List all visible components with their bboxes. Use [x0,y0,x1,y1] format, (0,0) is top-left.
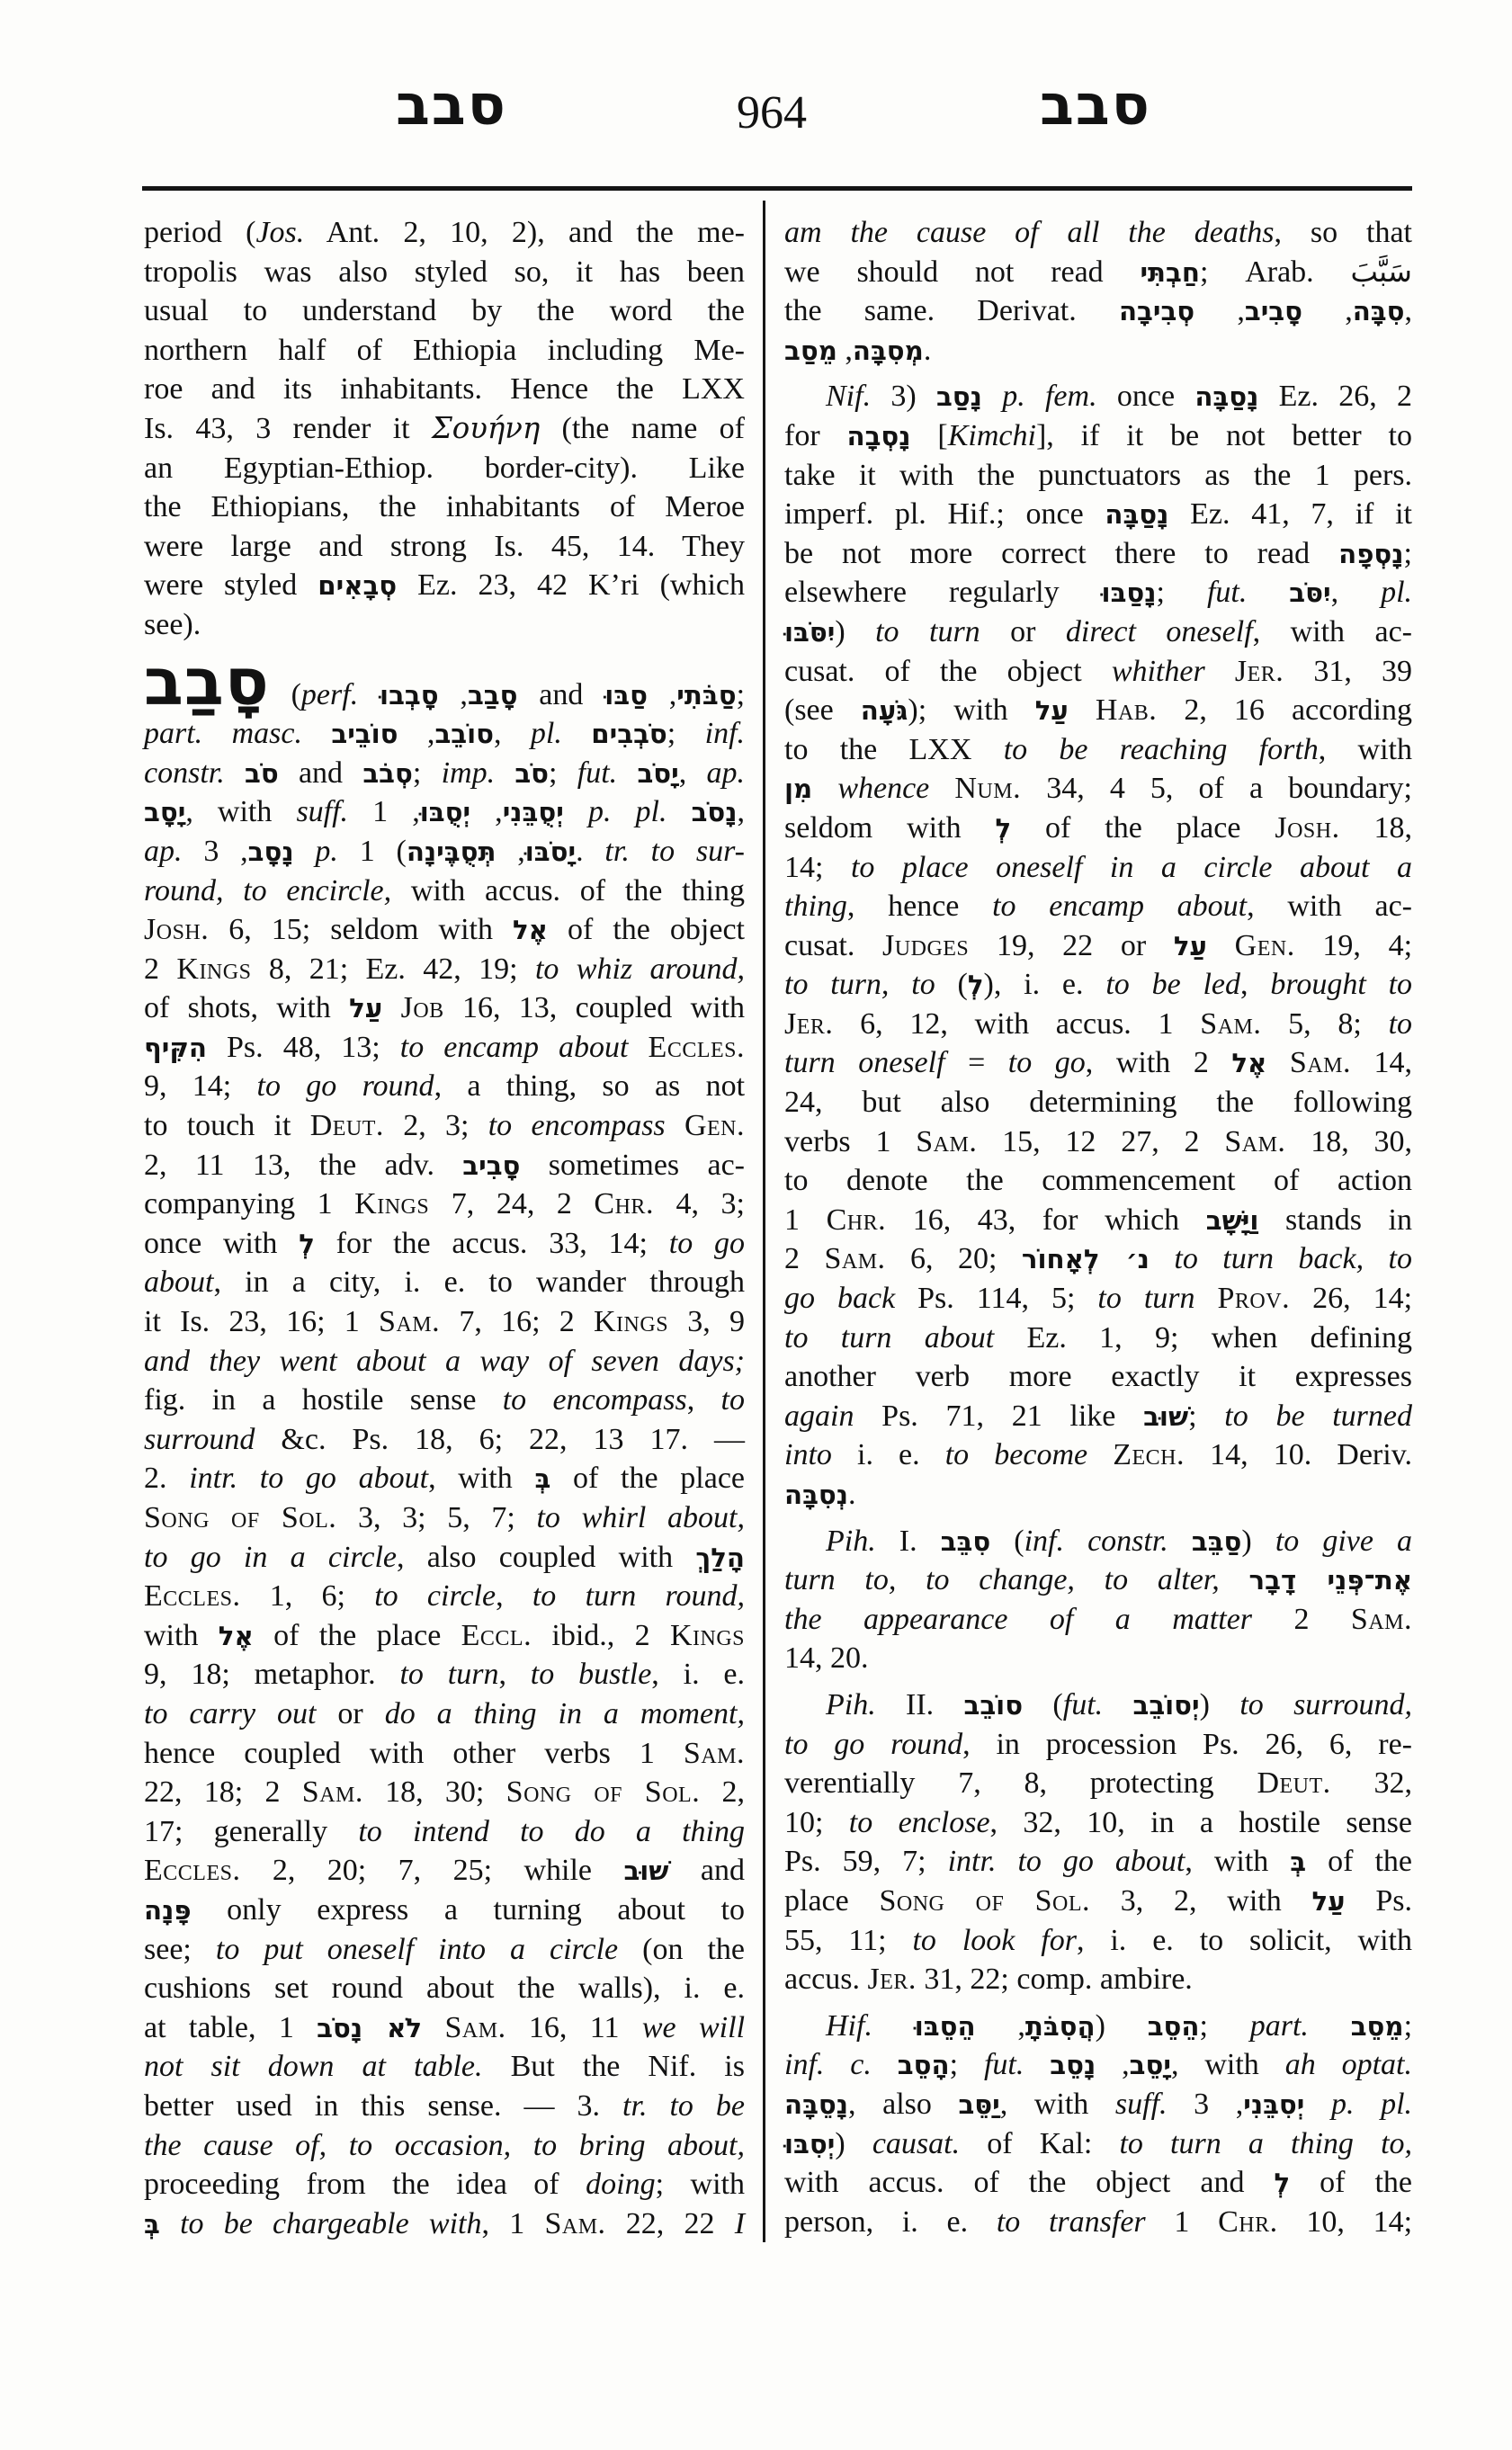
reference-abbreviation: Eccles. [144,1854,240,1887]
hebrew-word: נ׳ לְאָחוֹר [1022,1244,1150,1274]
hebrew-word: אֶל [1231,1048,1266,1078]
hebrew-word: עַל [1174,931,1207,961]
italic-text-run: Pih. [826,1525,876,1558]
italic-text-run: to circle [374,1579,496,1613]
hebrew-word: יְסוֹבֵב [1132,1690,1199,1721]
text-run: ; [1188,1399,1224,1433]
text-run: only express a turning about to [192,1893,745,1927]
italic-text-run: to turn, to [784,968,935,1001]
text-line: hence coupled with other verbs 1 Sam. [144,1734,745,1774]
text-line: 2 Kings 8, 21; Ez. 42, 19; to whiz aroun… [144,950,745,989]
text-run [382,991,400,1024]
text-run: , in procession Ps. 26, 6, re- [962,1728,1412,1761]
page-number: 964 [691,90,853,137]
text-run: of shots, with [144,991,349,1024]
text-run: for the accus. 33, 14; [315,1227,669,1260]
text-run: , with [1000,2088,1115,2121]
text-run: , hence [847,890,992,923]
hebrew-word: סָבַב [468,680,518,711]
text-run: Ps. [1346,1884,1412,1918]
text-line: 55, 11; to look for, i. e. to solicit, w… [784,1921,1412,1961]
text-run: , also [848,2088,958,2121]
text-run [1087,1438,1113,1471]
italic-text-run: to turn round, [532,1579,745,1613]
reference-abbreviation: Sam. [444,2011,505,2044]
text-run: , with [185,795,296,828]
italic-text-run: constr. [144,756,225,790]
text-run [1168,2088,1194,2121]
reference-abbreviation: Kings [176,952,251,986]
italic-text-run: causat. [872,2127,960,2160]
text-run: imperf. pl. Hif.; once [784,497,1105,531]
text-run: ibid., 2 [532,1619,670,1652]
text-line: נְסִבָּה. [784,1475,1412,1515]
italic-text-run: to be reaching forth [1004,733,1319,766]
text-line: to carry out or do a thing in a moment, [144,1694,745,1734]
hebrew-word: יִסֹּבּוּ [784,617,835,648]
text-run: , [439,678,468,711]
text-line: Nif. נָסַב (3 p. fem. once נָסַבָּה Ez. … [784,377,1412,416]
text-run: 6, 12, with accus. 1 [833,1007,1200,1041]
italic-text-run: to transfer [997,2205,1146,2239]
hebrew-word: נָסַבָּה [1194,381,1258,412]
text-run: accus. [784,1963,868,1996]
hebrew-word: עַל [1035,695,1069,726]
text-line: tropolis was also styled so, it has been [144,253,745,292]
reference-abbreviation: Eccles. [144,1579,240,1613]
text-run: , [1405,294,1413,327]
text-line: accus. Jer. 31, 22; comp. ambire. [784,1960,1412,1999]
text-run: of the [1306,1845,1412,1878]
text-run: , [496,835,524,868]
text-run: sometimes ac- [520,1149,745,1182]
hebrew-word: תְּסֻבֶּינָה [407,836,497,867]
text-line: פָּנָה only express a turning about to [144,1891,745,1930]
italic-text-run: to turn [399,1658,498,1691]
text-run: 22, 18; 2 [144,1775,302,1809]
text-run: 2, 16 according [1157,693,1412,727]
italic-text-run: to place oneself in a circle about a [851,851,1412,884]
hebrew-word: סָבִיב [1245,296,1302,326]
text-run: elsewhere regularly [784,576,1102,609]
text-run: to touch it [144,1109,310,1142]
italic-text-run: to put oneself into a circle [216,1933,618,1966]
text-line: cushions set round about the walls), i. … [144,1969,745,2008]
reference-abbreviation: Sam. [544,2207,605,2240]
hebrew-word: יָסֹב [637,758,678,789]
text-line: 9, 18; metaphor. to turn, to bustle, i. … [144,1655,745,1694]
hebrew-word: מֵסֵב [1351,2011,1404,2042]
text-run: , [1240,968,1270,1001]
italic-text-run: Hif. [826,2009,872,2043]
reference-abbreviation: Song of Sol. [879,1884,1090,1918]
hebrew-word: סוֹבֵב [434,719,494,749]
text-line: were styled סְבָאִים Ez. 23, 42 K’ri (wh… [144,566,745,605]
text-run: 9, 18; metaphor. [144,1658,399,1691]
hebrew-word: לְ [995,813,1011,844]
hebrew-word: מִן [784,773,812,804]
text-run: Ez. 23, 42 K’ri (which [397,568,745,602]
italic-text-run: to bustle [531,1658,652,1691]
text-run: 55, 11; [784,1924,912,1957]
italic-text-run: again [784,1399,854,1433]
hebrew-word: חַבְתִּי [1140,257,1200,288]
text-line: מִן whence Num. 34, 4 5, of a boundary; [784,769,1412,809]
paragraph-subentry: Hif. הֵסֵב (הֲסִבֹּתָ, הֵסֵבּוּ; part. מ… [784,2007,1412,2242]
italic-text-run: to be led [1105,968,1240,1001]
italic-text-run: fut. [1207,576,1247,609]
text-run: ) [835,615,875,648]
text-line: am the cause of all the deaths, so that [784,213,1412,253]
reference-abbreviation: Eccl. [461,1619,532,1652]
text-run: of the place [254,1619,461,1652]
reference-abbreviation: Num. [954,772,1021,805]
text-run: (on the [618,1933,745,1966]
text-run: ; [549,756,577,790]
italic-text-run: ap. [707,756,746,790]
text-run: , with [1086,1046,1194,1079]
italic-text-run: not sit down at table. [144,2050,483,2083]
text-run [562,717,591,750]
text-run: ); with [908,693,1034,727]
hebrew-word: פָּנָה [144,1895,192,1926]
text-run [338,835,360,868]
text-line: another verb more exactly it expresses [784,1357,1412,1397]
hebrew-word: הֲסִבֹּתָ [1025,2011,1096,2042]
reference-abbreviation: Song of Sol. [506,1775,701,1809]
text-run: place [784,1884,879,1918]
paragraph-subentry: Pih. II. סוֹבֵב (fut. יְסוֹבֵב) to surro… [784,1685,1412,1999]
hebrew-word: סוֹבֵב [964,1690,1024,1721]
text-run: companying 1 [144,1187,354,1221]
text-run: with accus. of the object and [784,2166,1274,2199]
italic-text-run: to turn about [784,1321,994,1355]
italic-text-run: to turn [875,615,980,648]
text-run [1024,2048,1050,2081]
italic-text-run: Pih. [826,1688,876,1721]
italic-text-run: I [735,2207,745,2240]
hebrew-word: הִקִּיף [144,1033,207,1063]
text-run: ( [270,678,301,711]
text-run: , so that [1275,216,1413,249]
text-run: , [679,756,707,790]
italic-text-run: inf. c. [784,2048,872,2081]
text-run [348,795,372,828]
text-run: Ez. 1, 9; when defining [994,1321,1412,1355]
hebrew-word: נָסֵב [1050,2050,1096,2080]
hebrew-word: נְסִבָּה [784,1480,848,1510]
hebrew-word: סַבֹּתִי [676,680,736,711]
text-line: 1 Chr. 16, 43, for which וַיָּשָׁב stand… [784,1201,1412,1240]
text-run: 1, 6; [240,1579,374,1613]
italic-text-run: whence [837,772,929,805]
text-line: usual to understand by the word the [144,291,745,331]
text-run: 32, [1331,1766,1412,1800]
paragraph-continuation: period (Jos. Ant. 2, 10, 2), and the me-… [144,213,745,645]
text-line: Eccles. 1, 6; to circle, to turn round, [144,1577,745,1616]
text-line: סָבַב (perf. סָבַב, סָבְבוּ and סַבֹּתִי… [144,675,745,715]
italic-text-run: to be chargeable with [180,2207,481,2240]
text-run: were styled [144,568,318,602]
text-line: we should not read חַבְתִּי; Arab. سَبَّ… [784,253,1412,292]
text-run [666,1109,684,1142]
paragraph-continuation: am the cause of all the deaths, so thatw… [784,213,1412,370]
text-run: ; [667,717,705,750]
text-run [1309,2009,1351,2043]
text-line: to turn, to (לְ), i. e. to be led, broug… [784,965,1412,1005]
text-line: better used in this sense. — 3. tr. to b… [144,2087,745,2126]
text-run [1103,1688,1132,1721]
text-run: 34, 4 5, of a boundary; [1021,772,1412,805]
hebrew-word: נָסֹב [692,797,738,827]
text-run [302,717,331,750]
text-run: Is. 43, 3 render it [144,412,432,445]
reference-abbreviation: Sam. [302,1775,363,1809]
italic-text-run: fut. [577,756,617,790]
text-run [871,380,890,413]
italic-text-run: to whirl about, [536,1501,745,1534]
text-run: fig. in a hostile sense [144,1383,503,1417]
text-run [1069,693,1096,727]
hebrew-word: נָסֵבָּה [784,2089,848,2120]
text-run: 2 [144,952,176,986]
text-run: , [1096,2048,1129,2081]
text-run: Ez. 41, 7, if it [1168,497,1412,531]
hebrew-word: סַבּוּ [604,680,648,711]
text-run: the same. Derivat. [784,294,1119,327]
italic-text-run: brought to [1270,968,1412,1001]
reference-abbreviation: Chr. [594,1187,654,1221]
text-run [667,795,692,828]
italic-text-run: do a thing in a moment, [385,1697,745,1730]
text-run: 26, 14; [1290,1282,1412,1315]
text-run [617,756,637,790]
text-run: or [316,1697,384,1730]
text-run: 2, 11 13, the adv. [144,1149,462,1182]
text-run: 2 [784,1242,824,1275]
text-run: for [784,419,847,452]
text-run: at table, [144,2011,279,2044]
text-run: Ps. 71, 21 like [854,1399,1143,1433]
text-line: Jer. 6, 12, with accus. 1 Sam. 5, 8; to [784,1005,1412,1044]
text-line: see). [144,605,745,645]
text-line: 9, 14; to go round, a thing, so as not [144,1067,745,1106]
text-run [1168,1525,1192,1558]
text-run: , [498,1658,530,1691]
text-line: to the LXX to be reaching forth, with [784,730,1412,770]
paragraph-subentry: Nif. נָסַב (3 p. fem. once נָסַבָּה Ez. … [784,377,1412,1514]
hebrew-word: שׁוּב [1143,1401,1188,1432]
hebrew-word: סָבִיב [462,1150,520,1181]
text-run [1195,1282,1218,1315]
text-run: ; with [656,2168,745,2201]
hebrew-word: סְבֹב [362,758,413,789]
text-run: ; [950,2048,984,2081]
italic-text-run: turn oneself [784,1046,945,1079]
text-line: 24, but also determining the following [784,1083,1412,1122]
text-run: 2, 3; [384,1109,488,1142]
text-run: ; [737,678,745,711]
italic-text-run: perf. [301,678,358,711]
text-run: , i. e. [651,1658,745,1691]
text-run: of Kal: [960,2127,1119,2160]
text-line: turn to, to change, to alter, אֶת־פְּנֵי… [784,1560,1412,1600]
hebrew-word: סֹב [245,758,279,789]
text-run: 19, 4; [1295,929,1412,962]
text-run: ( [935,968,968,1001]
italic-text-run: to turn [1097,1282,1194,1315]
text-line: to go in a circle, also coupled with הָל… [144,1538,745,1578]
reference-abbreviation: Sam. [1200,1007,1261,1041]
text-line: for נָסְבָה [Kimchi], if it be not bette… [784,416,1412,456]
text-run: 4, 3; [654,1187,745,1221]
italic-text-run: intr. to go about [189,1462,428,1495]
text-run: , 32, 10, in a hostile sense [990,1806,1412,1839]
reference-abbreviation: Kings [594,1305,668,1338]
italic-text-run: to whiz around, [535,952,745,986]
text-run: cusat. of the object [784,655,1112,688]
text-line: constr. סֹב and סְבֹב; imp. סֹב; fut. יָ… [144,754,745,793]
text-run: were large and strong Is. 45, 14. They [144,530,745,563]
right-column: am the cause of all the deaths, so thatw… [784,213,1412,2241]
italic-text-run: the cause of, to occasion, to bring abou… [144,2129,745,2162]
hebrew-word: גֹּעָה [861,695,908,726]
text-run: to the LXX [784,733,1004,766]
text-run: tropolis was also styled so, it has been [144,255,745,289]
hebrew-word: לְ [968,970,984,1000]
text-line: 10; to enclose, 32, 10, in a hostile sen… [784,1803,1412,1843]
text-run: (see [784,693,861,727]
text-line: companying 1 Kings 7, 24, 2 Chr. 4, 3; [144,1185,745,1224]
text-run [872,2009,915,2043]
italic-text-run: to enclose [849,1806,990,1839]
hebrew-word: נָסַבָּה [1105,499,1168,530]
text-line: fig. in a hostile sense to encompass, to [144,1381,745,1420]
text-run: to denote the commencement of action [784,1164,1412,1197]
text-run [1207,929,1235,962]
italic-text-run: intr. to go about [948,1845,1185,1878]
text-run [183,835,204,868]
italic-text-run: to intend to do a thing [358,1815,745,1848]
text-run: be not more correct there to read [784,537,1338,570]
text-run: 18, 30; [363,1775,506,1809]
hebrew-word: עַל [349,993,382,1024]
paragraph-subentry: Pih. I. סִבֵּב (inf. constr. סַבֵּב) to … [784,1522,1412,1678]
italic-text-run: suff. [296,795,348,828]
hebrew-word: סִבֵּב [941,1526,991,1557]
reference-abbreviation: Sam. [1290,1046,1351,1079]
reference-abbreviation: Job [401,991,444,1024]
reference-abbreviation: Eccles. [649,1031,745,1064]
italic-text-run: p. [315,835,338,868]
hebrew-word: הָסֵב [898,2050,950,2080]
scanned-lexicon-page: סבב 964 סבב period (Jos. Ant. 2, 10, 2),… [0,0,1512,2450]
text-run: 31, 39 [1284,655,1412,688]
text-run: roe and its inhabitants. Hence the LXX [144,372,745,406]
text-run: = [945,1046,1008,1079]
italic-text-run: round, to encircle, [144,874,391,908]
text-run: . [924,334,932,367]
text-run: ( [990,1525,1024,1558]
reference-abbreviation: Deut. [1257,1766,1330,1800]
hebrew-word: סַבֵּב [1192,1526,1242,1557]
hebrew-word: מֵסַב [784,335,837,366]
text-run: 18, [1340,811,1412,845]
text-line: see; to put oneself into a circle (on th… [144,1930,745,1970]
paragraph-entry: סָבַב (perf. סָבַב, סָבְבוּ and סַבֹּתִי… [144,675,745,2244]
text-line: place Song of Sol. 3, 2, with עַל Ps. [784,1882,1412,1921]
text-run: 24, but also determining the following [784,1086,1412,1119]
text-line: (see גֹּעָה); with עַל Hab. 2, 16 accord… [784,691,1412,730]
text-run: ( [1096,2009,1148,2043]
text-line: roe and its inhabitants. Hence the LXX [144,370,745,409]
text-run: ; [1404,2009,1412,2043]
reference-abbreviation: Sam. [1224,1125,1285,1158]
text-run: 3, 9 [668,1305,745,1338]
text-run: 2 [1252,1603,1351,1636]
hebrew-word: סְבָאִים [318,570,397,601]
text-run: the Ethiopians, the inhabitants of Meroe [144,490,745,523]
reference-abbreviation: Gen. [1235,929,1295,962]
text-run: ) [1241,1525,1275,1558]
text-run: take it with the punctuators as the 1 pe… [784,459,1412,492]
text-run: of the [1290,2166,1412,2199]
text-run: 15, 12 27, 2 [977,1125,1224,1158]
italic-text-run: thing [784,890,847,923]
text-run: 19, 22 or [969,929,1174,962]
italic-text-run: imp. [442,756,496,790]
text-run: , with [428,1462,534,1495]
text-run: , [1331,576,1381,609]
left-column: period (Jos. Ant. 2, 10, 2), and the me-… [144,213,745,2243]
column-gutter [745,213,784,2243]
text-line: 2 Sam. 6, 20; נ׳ לְאָחוֹר to turn back, … [784,1239,1412,1279]
text-line: verbs 1 Sam. 15, 12 27, 2 Sam. 18, 30, [784,1122,1412,1162]
text-line: Ps. 59, 7; intr. to go about, with בְּ o… [784,1842,1412,1882]
text-line: be not more correct there to read נָסְפָ… [784,534,1412,574]
italic-text-run: fut. [1063,1688,1103,1721]
hebrew-word: יָסֹבּוּ [525,836,576,867]
text-line: turn oneself = to go, with אֶל 2 Sam. 14… [784,1043,1412,1083]
reference-abbreviation: Deut. [310,1109,384,1142]
hebrew-word: סָבְבוּ [380,680,439,711]
text-run: once with [144,1227,299,1260]
italic-text-run: suff. [1115,2088,1168,2121]
text-run: , with ac- [1253,615,1412,648]
italic-text-run: to turn back, to [1174,1242,1412,1275]
hebrew-word: הָלַךְ [695,1542,745,1573]
header-keyword-right: סבב [979,77,1212,133]
hebrew-word: יְסֻבּוּ [420,797,470,827]
reference-abbreviation: Chr. [1218,2205,1278,2239]
text-line: person, i. e. to transfer 1 Chr. 10, 14; [784,2203,1412,2242]
text-run: with [144,1619,219,1652]
text-line: imperf. pl. Hif.; once נָסַבָּה Ez. 41, … [784,495,1412,534]
italic-text-run: to go in a circle [144,1541,397,1574]
text-run: , [648,678,676,711]
hebrew-word: נָסַב [936,381,982,412]
text-run: better used in this sense. — 3. [144,2089,622,2123]
italic-text-run: we will [642,2011,745,2044]
text-line: period (Jos. Ant. 2, 10, 2), and the me- [144,213,745,253]
italic-text-run: to surround, [1239,1688,1412,1721]
text-run: 14, 10. Deriv. [1185,1438,1412,1471]
italic-text-run: tr. to be [622,2089,745,2123]
arabic-word: سَبَّبَ [1350,255,1412,289]
text-line: cusat. of the object whither Jer. 31, 39 [784,652,1412,692]
italic-text-run: to [721,1383,745,1417]
italic-text-run: about [144,1265,213,1299]
